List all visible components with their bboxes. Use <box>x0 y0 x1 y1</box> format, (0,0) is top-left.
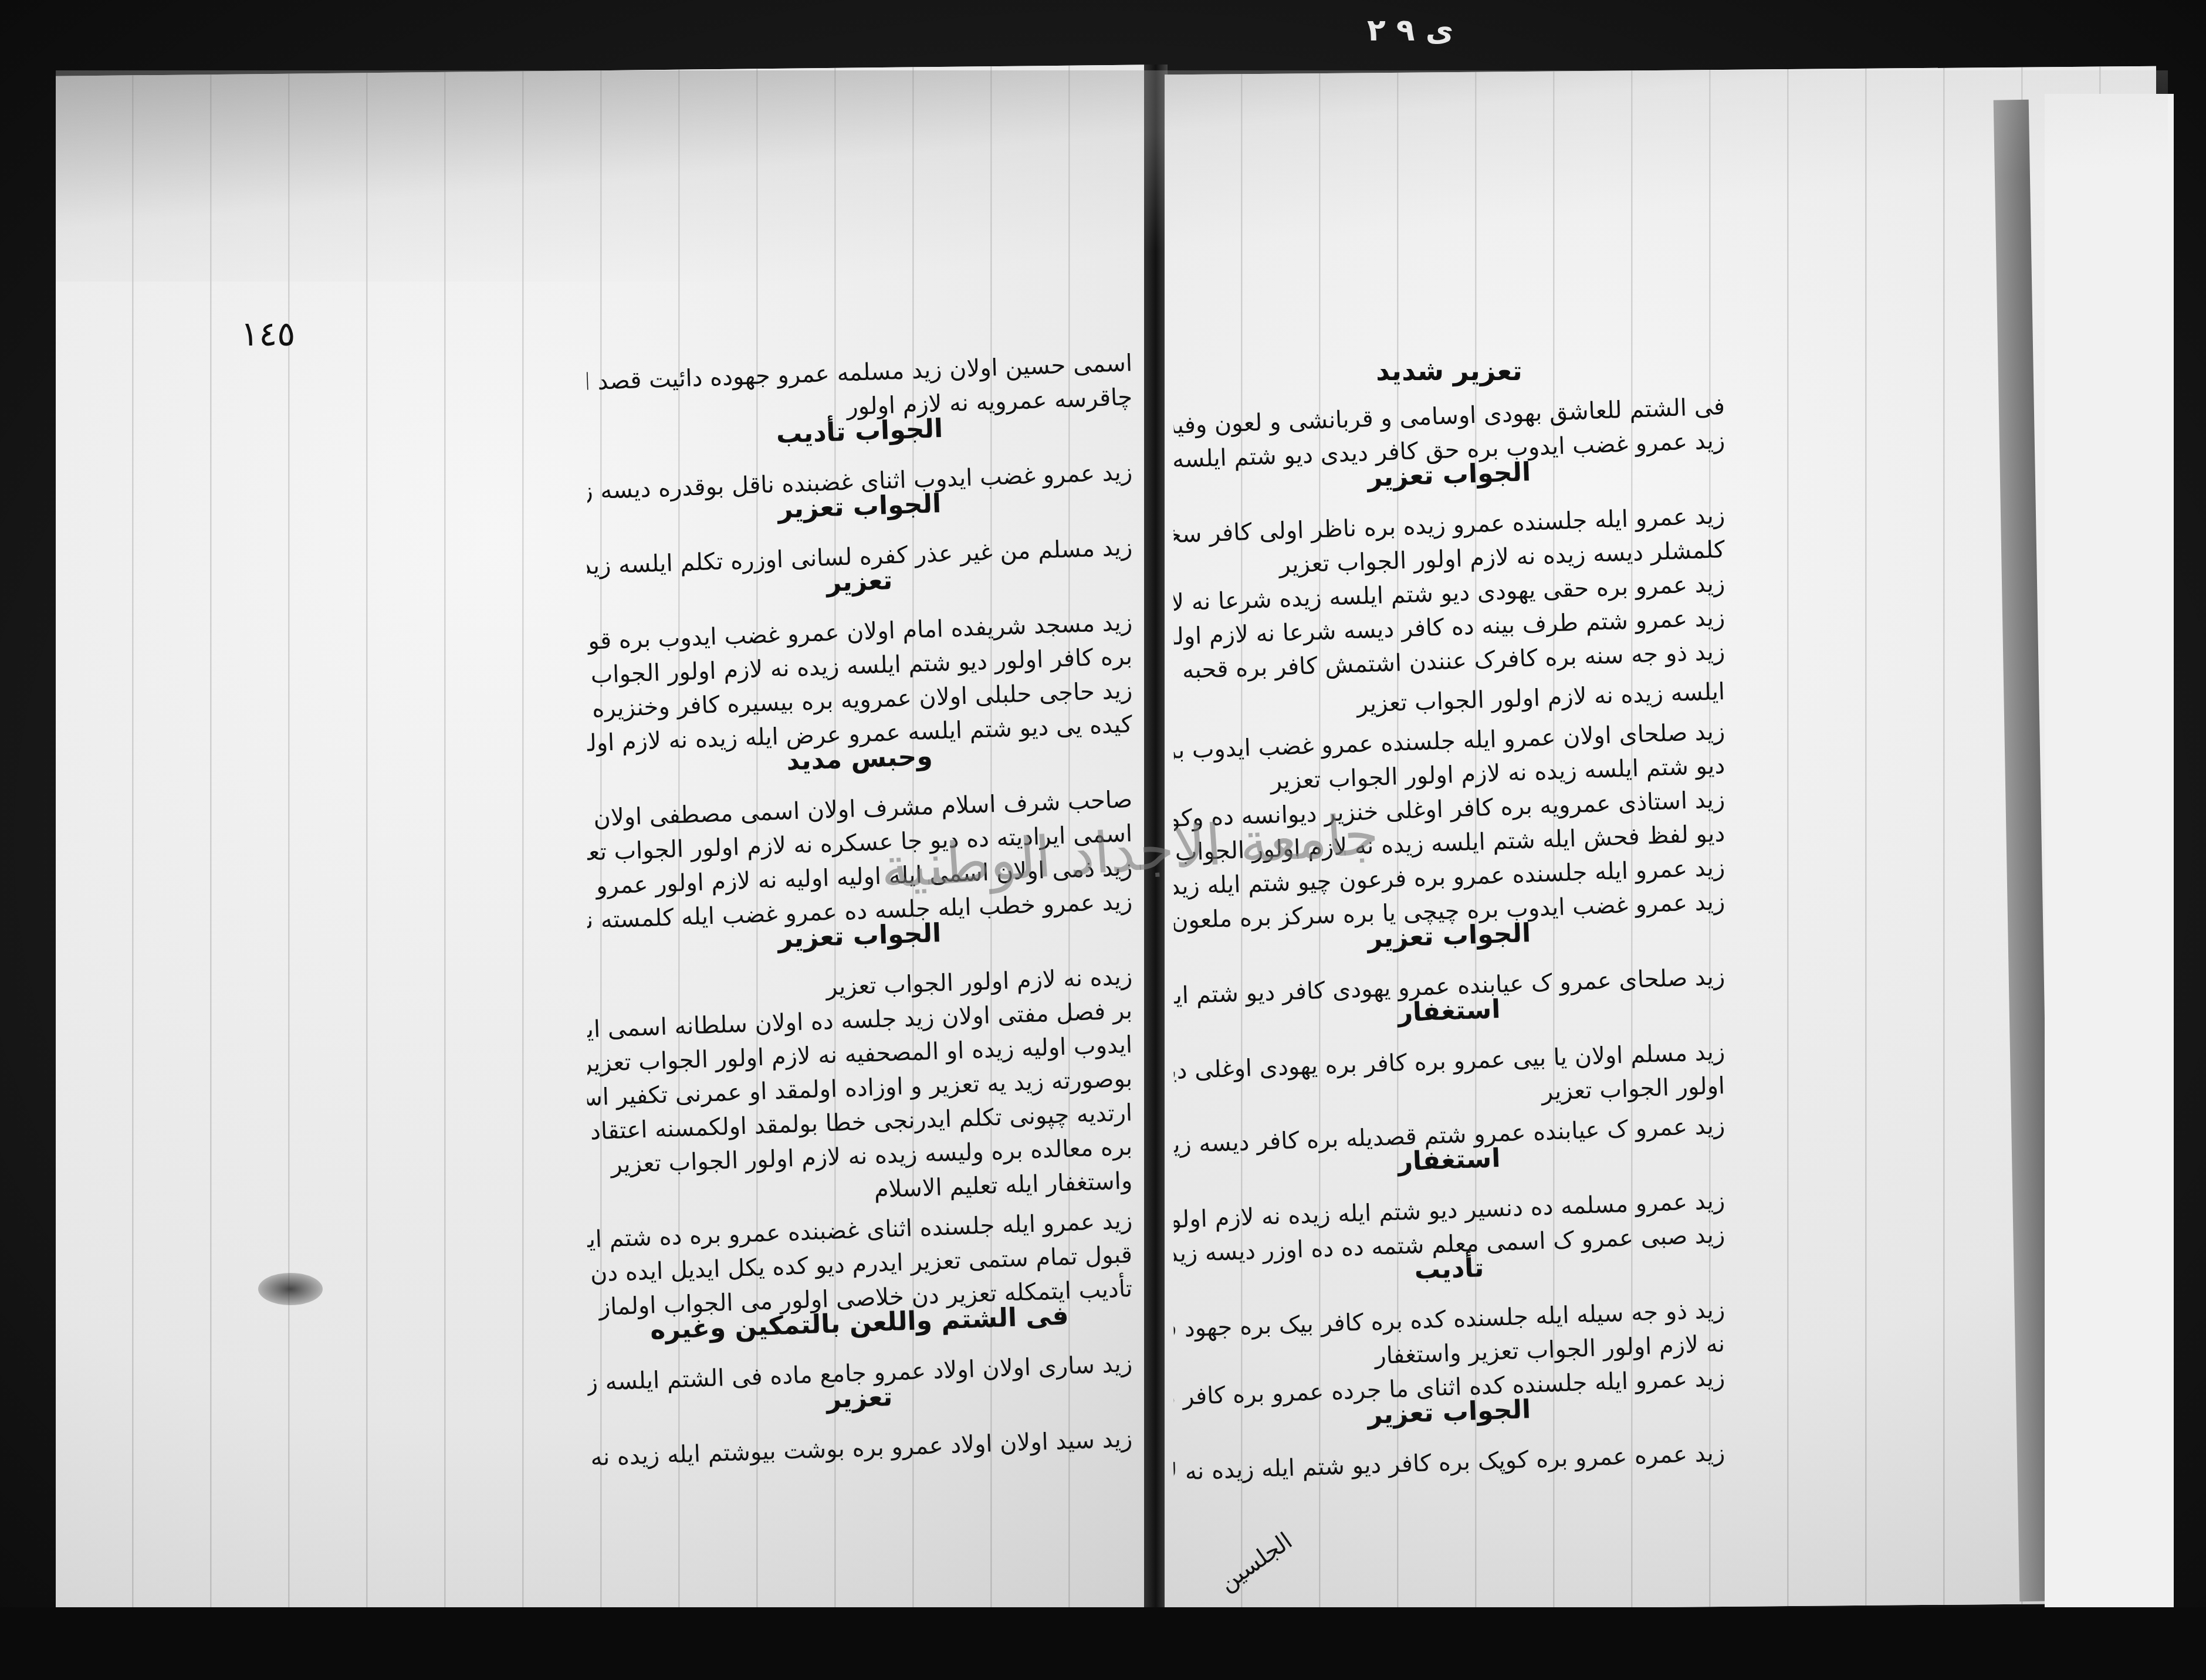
fatwa-entry: زید ذو جه سیله ایله جلسنده کده بره کافر … <box>1173 1293 1725 1430</box>
fatwa-entry: زید عمرو ایله جلسنده اثنای غضبنده عمرو ب… <box>587 1204 1132 1341</box>
fatwa-entry: زید سید اولان اولاد عمرو بره بوشت بیوشتم… <box>587 1422 1132 1456</box>
fatwa-entry: زید عمرو مسلمه ده دنسیر دیو شتم ایله زید… <box>1173 1184 1725 1287</box>
fatwa-entry: فی الشتم للعاشق بهودی اوسامی و قربانشی و… <box>1173 389 1725 493</box>
fatwa-entry: زیده نه لازم اولور الجواب تعزیر بر فصل م… <box>587 960 1132 1198</box>
section-heading: تعزیر شدید <box>1173 352 1725 389</box>
fatwa-entry: زید مسلم اولان یا بیی عمرو بره کافر بره … <box>1173 1035 1725 1103</box>
scanned-manuscript: ی ٩ ٢ ١٤٥ اسمی حسین اولان زید مسلمه عمرو… <box>0 0 2206 1680</box>
page-number: ١٤٥ <box>241 314 295 354</box>
fatwa-entry: زید صلحای عمرو ک عیابنده عمرو یهودی کافر… <box>1173 960 1725 1029</box>
fatwa-entry: زید عمره عمرو بره کوپک بره کافر دیو شتم … <box>1173 1436 1725 1470</box>
fatwa-entry: زید مسجد شریفده امام اولان عمرو غضب ایدو… <box>587 605 1132 777</box>
fatwa-entry: زید مسلم من غیر عذر کفره لسانی اوزره تکل… <box>587 530 1132 599</box>
fatwa-entry: زید عمرو ایله جلسنده عمرو زیده بره ناظر … <box>1173 499 1725 669</box>
right-margin <box>2045 94 2174 1607</box>
fatwa-entry: اسمی حسین اولان زید مسلمه عمرو جهوده دائ… <box>587 346 1132 449</box>
bottom-shadow <box>0 1607 2206 1680</box>
fatwa-entry: زید عمرو غضب ایدوب اثنای غضبنده ناقل بوق… <box>587 455 1132 524</box>
fatwa-entry: زید ساری اولان اولاد عمرو جامع ماده فی ا… <box>587 1347 1132 1416</box>
ink-blot <box>258 1273 323 1305</box>
left-page-text: اسمی حسین اولان زید مسلمه عمرو جهوده دائ… <box>587 346 1132 1462</box>
right-page-text: تعزیر شدید فی الشتم للعاشق بهودی اوسامی … <box>1173 352 1725 1476</box>
folio-mark: ی ٩ ٢ <box>1367 13 1453 48</box>
